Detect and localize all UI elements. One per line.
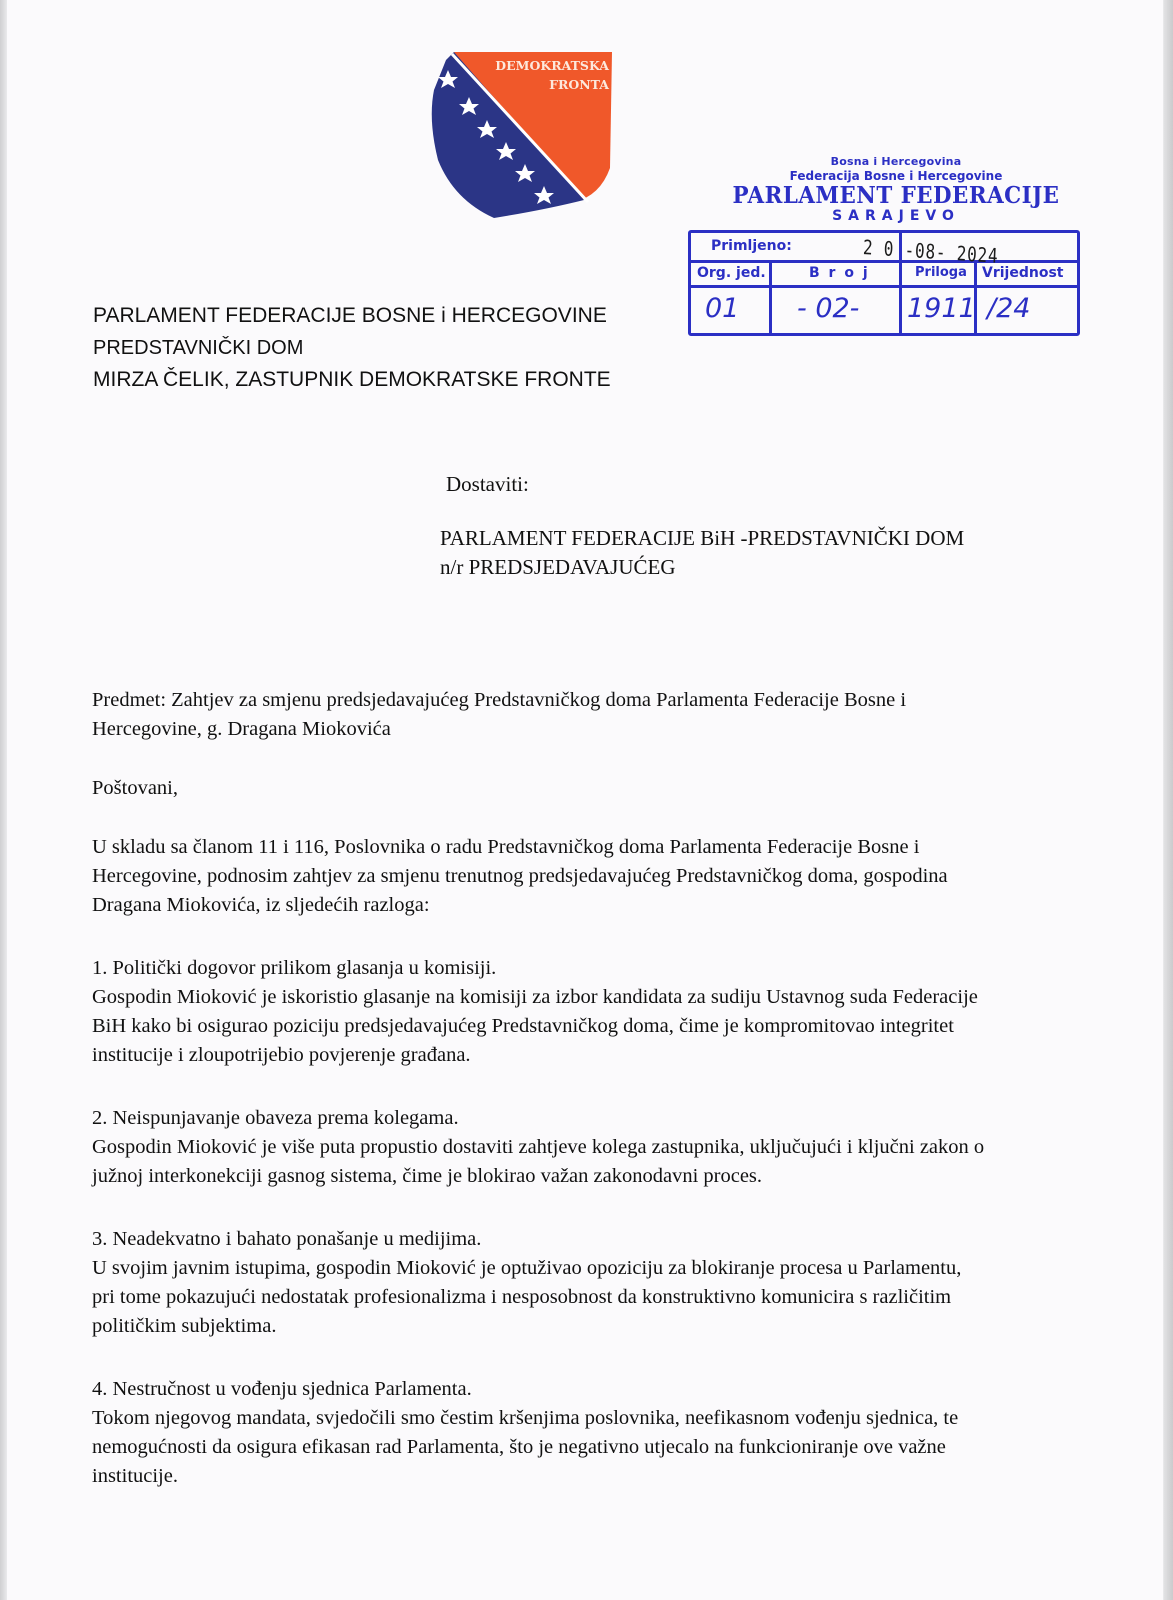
reason-item: 4. Nestručnost u vođenju sjednica Parlam… — [92, 1375, 1102, 1491]
reason-text: Tokom njegovog mandata, svjedočili smo č… — [92, 1404, 1102, 1433]
sender-representative: MIRZA ČELIK, ZASTUPNIK DEMOKRATSKE FRONT… — [93, 364, 611, 396]
stamp-federation: Federacija Bosne i Hercegovine — [766, 169, 1026, 183]
sender-block: PARLAMENT FEDERACIJE BOSNE i HERCEGOVINE… — [93, 300, 611, 396]
delivery-label: Dostaviti: — [446, 472, 529, 497]
stamp-value-attachments: 1911 — [907, 293, 976, 324]
reason-item: 2. Neispunjavanje obaveza prema kolegama… — [92, 1104, 1102, 1191]
intro-line: U skladu sa članom 11 i 116, Poslovnika … — [92, 833, 1102, 862]
sender-institution: PARLAMENT FEDERACIJE BOSNE i HERCEGOVINE — [93, 300, 611, 332]
stamp-value-value: /24 — [987, 293, 1030, 324]
stamp-divider — [769, 263, 772, 333]
party-logo: DEMOKRATSKA FRONTA — [424, 50, 614, 218]
reason-text: nemogućnosti da osigura efikasan rad Par… — [92, 1433, 1102, 1462]
sender-house: PREDSTAVNIČKI DOM — [93, 332, 611, 364]
subject-line: Hercegovine, g. Dragana Miokovića — [92, 715, 1102, 744]
intro-line: Dragana Miokovića, iz sljedećih razloga: — [92, 891, 1102, 920]
intro-line: Hercegovine, podnosim zahtjev za smjenu … — [92, 862, 1102, 891]
stamp-received-row: Primljeno: 2 0 -08- 2024 — [691, 233, 1077, 263]
stamp-value-org-unit: 01 — [705, 293, 739, 324]
salutation: Poštovani, — [92, 774, 1102, 803]
stamp-header-row: Org. jed. B r o j Priloga Vrijednost — [691, 263, 1077, 288]
reason-text: institucije. — [92, 1462, 1102, 1491]
reason-title: 1. Politički dogovor prilikom glasanja u… — [92, 954, 1102, 983]
reason-text: južnoj interkonekciji gasnog sistema, či… — [92, 1162, 1102, 1191]
stamp-received-label: Primljeno: — [711, 238, 792, 254]
shield-flag-icon: DEMOKRATSKA FRONTA — [424, 50, 614, 218]
logo-text-line2: FRONTA — [549, 77, 609, 92]
recipient-line1: PARLAMENT FEDERACIJE BiH -PREDSTAVNIČKI … — [440, 524, 964, 553]
reason-text: institucije i zloupotrijebio povjerenje … — [92, 1041, 1102, 1070]
stamp-value-number: - 02- — [797, 293, 859, 324]
stamp-col-attachments: Priloga — [915, 265, 967, 280]
reason-title: 2. Neispunjavanje obaveza prema kolegama… — [92, 1104, 1102, 1133]
subject-line: Predmet: Zahtjev za smjenu predsjedavaju… — [92, 686, 1102, 715]
stamp-col-number: B r o j — [809, 265, 870, 281]
stamp-institution: PARLAMENT FEDERACIJE — [729, 182, 1064, 209]
document-page: DEMOKRATSKA FRONTA Bosna i Hercegovina F… — [6, 0, 1164, 1600]
reason-item: 3. Neadekvatno i bahato ponašanje u medi… — [92, 1225, 1102, 1341]
recipient-line2: n/r PREDSJEDAVAJUĆEG — [440, 553, 964, 582]
reception-stamp: Bosna i Hercegovina Federacija Bosne i H… — [686, 152, 1082, 338]
stamp-city: SARAJEVO — [806, 208, 986, 224]
recipient-block: PARLAMENT FEDERACIJE BiH -PREDSTAVNIČKI … — [440, 524, 964, 582]
reason-text: BiH kako bi osigurao poziciju predsjedav… — [92, 1012, 1102, 1041]
reason-text: političkim subjektima. — [92, 1312, 1102, 1341]
letter-body: Predmet: Zahtjev za smjenu predsjedavaju… — [92, 686, 1102, 1491]
reason-title: 4. Nestručnost u vođenju sjednica Parlam… — [92, 1375, 1102, 1404]
stamp-col-org-unit: Org. jed. — [697, 265, 766, 281]
stamp-divider — [899, 233, 902, 333]
reason-text: pri tome pokazujući nedostatak profesion… — [92, 1283, 1102, 1312]
logo-text-line1: DEMOKRATSKA — [495, 58, 609, 73]
stamp-col-value: Vrijednost — [982, 265, 1063, 281]
reason-text: U svojim javnim istupima, gospodin Mioko… — [92, 1254, 1102, 1283]
reason-text: Gospodin Mioković je više puta propustio… — [92, 1133, 1102, 1162]
stamp-country: Bosna i Hercegovina — [806, 155, 986, 168]
reason-text: Gospodin Mioković je iskoristio glasanje… — [92, 983, 1102, 1012]
reason-title: 3. Neadekvatno i bahato ponašanje u medi… — [92, 1225, 1102, 1254]
reason-item: 1. Politički dogovor prilikom glasanja u… — [92, 954, 1102, 1070]
scan-edge-right — [1164, 0, 1173, 1600]
stamp-grid: Primljeno: 2 0 -08- 2024 Org. jed. B r o… — [688, 230, 1080, 336]
